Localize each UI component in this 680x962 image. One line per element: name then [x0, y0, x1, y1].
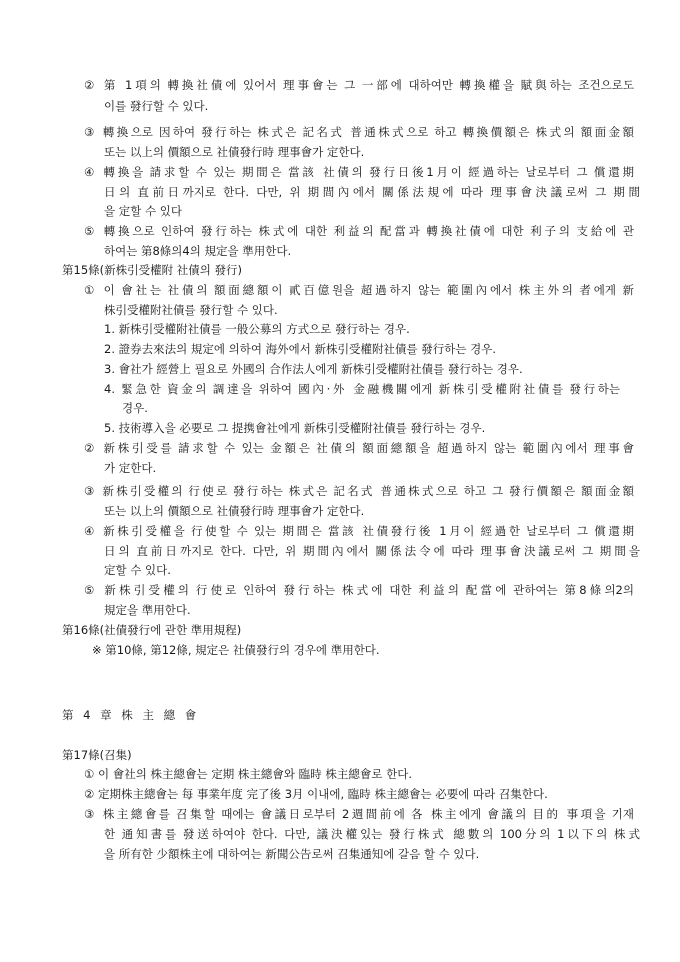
sub-item-continuation: 경우.	[122, 399, 148, 418]
sub-item: 1. 新株引受權附社債를 一般公募의 方式으로 發行하는 경우.	[104, 320, 410, 339]
clause-continuation: 을 定할 수 있다	[104, 202, 182, 221]
clause-continuation: 이를 發行할 수 있다.	[104, 97, 208, 116]
clause-continuation: 또는 以上의 價額으로 社債發行時 理事會가 定한다.	[104, 502, 364, 521]
clause-item: ① 이 會社의 株主總會는 定期 株主總會와 臨時 株主總會로 한다.	[84, 765, 412, 784]
clause-continuation: 日의 直前日까지로 한다. 다만, 위 期間內에서 關係法規에 따라 理事會決議…	[104, 183, 640, 202]
clause-continuation: 가 定한다.	[104, 459, 156, 478]
clause-item: ③ 新株引受權의 行使로 發行하는 株式은 記名式 普通株式으로 하고 그 發行…	[84, 482, 634, 501]
clause-item: ③ 轉換으로 因하여 發行하는 株式은 記名式 普通株式으로 하고 轉換價額은 …	[84, 123, 634, 142]
clause-continuation: 定할 수 있다.	[104, 561, 171, 580]
clause-continuation: 日의 直前日까지로 한다. 다만, 위 期間內에서 關係法令에 따라 理事會決議…	[104, 542, 640, 561]
sub-item: 2. 證券去來法의 規定에 의하여 海外에서 新株引受權附社債를 發行하는 경우…	[104, 340, 496, 359]
article-heading: 第17條(召集)	[62, 746, 132, 765]
note-line: ※ 第10條, 第12條, 規定은 社債發行의 경우에 準用한다.	[92, 641, 380, 660]
document-page: ② 第 1項의 轉換社債에 있어서 理事會는 그 一部에 대하여만 轉換權을 賦…	[0, 0, 680, 962]
clause-item: ② 新株引受를 請求할 수 있는 金額은 社債의 額面總額을 超過하지 않는 範…	[84, 439, 634, 458]
clause-continuation: 規定을 準用한다.	[104, 601, 191, 620]
sub-item: 3. 會社가 經營上 필요로 外國의 合作法人에게 新株引受權附社債를 發行하는…	[104, 360, 523, 379]
clause-item: ⑤ 轉換으로 인하여 發行하는 株式에 대한 利益의 配當과 轉換社債에 대한 …	[84, 222, 634, 241]
clause-item: ④ 轉換을 請求할 수 있는 期間은 當該 社債의 發行日後1月이 經過하는 날…	[84, 163, 634, 182]
chapter-heading: 第 4 章 株 主 總 會	[62, 706, 199, 725]
clause-item: ④ 新株引受權을 行使할 수 있는 期間은 當該 社債發行後 1月이 經過한 날…	[84, 522, 634, 541]
sub-item: 5. 技術導入을 必要로 그 提携會社에게 新株引受權附社債를 發行하는 경우.	[104, 419, 485, 438]
clause-continuation: 한 通知書를 發送하여야 한다. 다만, 議決權있는 發行株式 總數의 100分…	[104, 825, 640, 844]
article-heading: 第16條(社債發行에 관한 準用規程)	[62, 621, 241, 640]
clause-continuation: 株引受權附社債를 發行할 수 있다.	[104, 301, 278, 320]
clause-continuation: 또는 以上의 價額으로 社債發行時 理事會가 定한다.	[104, 143, 364, 162]
clause-continuation: 을 所有한 少額株主에 대하여는 新聞公告로써 召集通知에 갈음 할 수 있다.	[104, 845, 479, 864]
clause-item: ⑤ 新株引受權의 行使로 인하여 發行하는 株式에 대한 利益의 配當에 관하여…	[84, 581, 634, 600]
clause-item: ② 定期株主總會는 每 事業年度 完了後 3月 이내에, 臨時 株主總會는 必要…	[84, 785, 548, 804]
article-heading: 第15條(新株引受權附 社債의 發行)	[62, 261, 242, 280]
clause-item: ① 이 會社는 社債의 額面總額이 貳百億원을 超過하지 않는 範圍內에서 株主…	[84, 281, 634, 300]
clause-continuation: 하여는 第8條의4의 規定을 準用한다.	[104, 242, 291, 261]
clause-item: ② 第 1項의 轉換社債에 있어서 理事會는 그 一部에 대하여만 轉換權을 賦…	[84, 76, 634, 95]
sub-item: 4. 緊急한 資金의 調達을 위하여 國內·外 金融機關에게 新株引受權附社債를…	[104, 380, 620, 399]
clause-item: ③ 株主總會를 召集할 때에는 會議日로부터 2週間前에 各 株主에게 會議의 …	[84, 805, 634, 824]
